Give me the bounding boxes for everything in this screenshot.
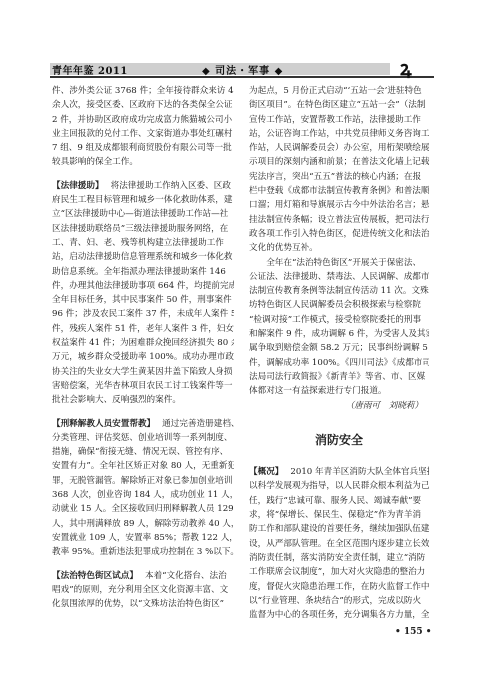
text-line: 以“行业管理、条块结合”的形式，完成以防火 bbox=[249, 594, 429, 608]
text-line: 区法律援助联络员”三级法律援助服务网络，在 bbox=[52, 222, 234, 236]
text-line: 法制宣传教育条例等法制宣传活动 11 次。文殊 bbox=[249, 284, 429, 298]
section-name: ◆ 司法・军事 ◆ bbox=[202, 62, 283, 77]
text-line: 余人次，接受区委、区政府下达的各类保全公证 bbox=[52, 98, 234, 112]
text-line: 96 件；涉及农民工案件 37 件，未成年人案件 51 bbox=[52, 307, 234, 321]
text-line: 权益案件 41 件；为困难群众挽回经济损失 80 余 bbox=[52, 336, 234, 350]
author-signature: （唐雨可 刘晓莉） bbox=[249, 399, 429, 413]
text-line: 公证法、法律援助、禁毒法、人民调解、成都市 bbox=[249, 270, 429, 284]
text-line: 体都对这一有益探索进行专门报道。 bbox=[249, 384, 429, 398]
text-line: 较具影响的保全工作。 bbox=[52, 155, 234, 169]
text-line: 【法治特色街区试点】 本着“文化搭台、法治 bbox=[52, 569, 234, 583]
text-line: 口溜；用灯箱和导旗展示古今中外法治名言；悬 bbox=[249, 198, 429, 212]
text-line: 防工作和部队建设的首要任务，继续加强队伍建 bbox=[249, 522, 429, 536]
text-line: 7 组、9 组及成都银利商贸股份有限公司等一批 bbox=[52, 141, 234, 155]
text-line: 安置就业 109 人，安置率 85%；帮教 122 人，帮 bbox=[52, 531, 234, 545]
book-title: 青年年鉴 2011 bbox=[52, 62, 128, 77]
text-line: 件、涉外类公证 3768 件；全年接待群众来访 40 bbox=[52, 84, 234, 98]
text-line: 全年在“法治特色街区”开展关于保密法、 bbox=[249, 256, 429, 270]
text-line: 害赔偿案，光华杏林项目农民工讨工钱案件等一 bbox=[52, 379, 234, 393]
text-line: 求，将“保增长、保民生、保稳定”作为青羊消 bbox=[249, 508, 429, 522]
text-line: 挂法制宣传条幅；设立普法宣传展板，把司法行 bbox=[249, 213, 429, 227]
text-line: 文化的优势互补。 bbox=[249, 241, 429, 255]
text-line: 监督为中心的各项任务，充分调集各方力量，全 bbox=[249, 608, 429, 622]
text-line: 件，调解成功率 100%。《四川司法》《成都市司 bbox=[249, 356, 429, 370]
text-line: 立“区法律援助中心—街道法律援助工作站—社 bbox=[52, 207, 234, 221]
text-line: 件，残疾人案件 51 件，老年人案件 3 件，妇女 bbox=[52, 322, 234, 336]
left-column: 件、涉外类公证 3768 件；全年接待群众来访 40余人次，接受区委、区政府下达… bbox=[52, 84, 234, 620]
text-line: 分类管理、评估奖惩、创业培训等一系列制度、 bbox=[52, 431, 234, 445]
text-line: 宣传工作站，安置帮教工作站，法律援助工作 bbox=[249, 113, 429, 127]
text-line: 【刑释解教人员安置帮教】 通过完善造册建档、 bbox=[52, 417, 234, 431]
intro-paragraph: 件、涉外类公证 3768 件；全年接待群众来访 40余人次，接受区委、区政府下达… bbox=[52, 84, 234, 170]
text-line: 2 件，并协助区政府成功完成富力熊猫城公司小 bbox=[52, 113, 234, 127]
text-line: 唱戏”的原则，充分利用全区文化资源丰富、文 bbox=[52, 583, 234, 597]
text-line: 法局司法行政简报》《新青羊》等省、市、区媒 bbox=[249, 370, 429, 384]
text-line: 属争取到赔偿金额 58.2 万元；民事纠纷调解 5 bbox=[249, 341, 429, 355]
running-header: 青年年鉴 2011 ◆ 司法・军事 ◆ ꝝ bbox=[50, 60, 430, 77]
rule-of-law-street-paragraph: 【法治特色街区试点】 本着“文化搭台、法治唱戏”的原则，充分利用全区文化资源丰富… bbox=[52, 569, 234, 612]
text-line: 站，启动法律援助信息管理系统和城乡一体化救 bbox=[52, 250, 234, 264]
text-line: 政各项工作引入特色街区，促进传统文化和法治 bbox=[249, 227, 429, 241]
text-line: 街区项目”。在特色街区建立“五站一会”（法制 bbox=[249, 98, 429, 112]
text-line: 化氛围浓厚的优势，以“文殊坊法治特色街区” bbox=[52, 597, 234, 611]
text-line: 府民生工程目标管理和城乡一体化救助体系，建 bbox=[52, 193, 234, 207]
section-title-fire-safety: 消防安全 bbox=[249, 433, 429, 447]
text-line: “检调对接”工作模式，接受检察院委托的刑事 bbox=[249, 313, 429, 327]
right-column: 为起点，5 月份正式启动“‘五站一会’进驻特色街区项目”。在特色街区建立“五站一… bbox=[249, 84, 429, 631]
text-line: 度，督促火灾隐患治理工作，在防火监督工作中 bbox=[249, 580, 429, 594]
text-line: 坊特色街区人民调解委员会积极探索与检察院 bbox=[249, 298, 429, 312]
text-line: 动就业 15 人。全区接收回归刑释解教人员 129 bbox=[52, 502, 234, 516]
text-line: 万元，城乡群众受援助率 100%。成功办理市政 bbox=[52, 350, 234, 364]
text-line: 教率 95%。重新违法犯罪成功控制在 3 %以下。 bbox=[52, 545, 234, 559]
text-line: 为起点，5 月份正式启动“‘五站一会’进驻特色 bbox=[249, 84, 429, 98]
text-line: 宪法序言，突出“五五”普法的核心内涵；在报 bbox=[249, 170, 429, 184]
section-tag: 【法律援助】 bbox=[52, 181, 99, 191]
text-line: 安置有力”。全年社区矫正对象 80 人，无重新犯 bbox=[52, 459, 234, 473]
text-line: 以科学发展观为指导，以人民群众根本利益为己 bbox=[249, 479, 429, 493]
text-line: 措施，确保“衔接无缝、情况无误、管控有序、 bbox=[52, 445, 234, 459]
text-line: 消防责任制，落实消防安全责任制，建立“消防 bbox=[249, 551, 429, 565]
text-line: 全年目标任务，其中民事案件 50 件，刑事案件 bbox=[52, 293, 234, 307]
text-line: 人，其中刑满释放 89 人，解除劳动教养 40 人， bbox=[52, 517, 234, 531]
activities-paragraph: 全年在“法治特色街区”开展关于保密法、公证法、法律援助、禁毒法、人民调解、成都市… bbox=[249, 256, 429, 399]
text-line: 站，公证咨询工作站，中共党员律师义务咨询工 bbox=[249, 127, 429, 141]
text-line: 业主回报款的兑付工作、文家街道办事处红碾村 bbox=[52, 127, 234, 141]
text-line: 罪，无脱管漏管。解除矫正对象已参加创业培训 bbox=[52, 474, 234, 488]
text-line: 和解案件 9 件，成功调解 6 件，为受害人及其家 bbox=[249, 327, 429, 341]
street-continued-paragraph: 为起点，5 月份正式启动“‘五站一会’进驻特色街区项目”。在特色街区建立“五站一… bbox=[249, 84, 429, 256]
text-line: 工作联席会议制度”，加大对火灾隐患的整治力 bbox=[249, 565, 429, 579]
page-number: • 155 • bbox=[395, 627, 432, 637]
text-line: 示项目的深刻内涵和前景；在普法文化墙上记载 bbox=[249, 155, 429, 169]
text-line: 设，从严部队管理。在全区范围内逐步建立长效 bbox=[249, 537, 429, 551]
text-line: 【概况】 2010 年青羊区消防大队全体官兵坚持 bbox=[249, 465, 429, 479]
text-line: 368 人次，创业咨询 184 人，成功创业 11 人，带 bbox=[52, 488, 234, 502]
released-prisoners-paragraph: 【刑释解教人员安置帮教】 通过完善造册建档、分类管理、评估奖惩、创业培训等一系列… bbox=[52, 417, 234, 560]
text-line: 作站，人民调解委员会）办公室，用桁架喷绘展 bbox=[249, 141, 429, 155]
text-line: 协关注的失业女大学生黄某因井盖下陷致人身损 bbox=[52, 365, 234, 379]
text-line: 任，践行“忠诚可靠、服务人民、竭诚奉献”要 bbox=[249, 494, 429, 508]
section-tag: 【概况】 bbox=[249, 467, 279, 477]
text-line: 助信息系统。全年指派办理法律援助案件 146 bbox=[52, 265, 234, 279]
swirl-logo-icon: ꝝ bbox=[400, 54, 412, 81]
text-line: 栏中登载《成都市法制宣传教育条例》和普法顺 bbox=[249, 184, 429, 198]
legal-aid-paragraph: 【法律援助】 将法律援助工作纳入区委、区政府民生工程目标管理和城乡一体化救助体系… bbox=[52, 179, 234, 408]
text-line: 件，办理其他法律援助事项 664 件，均提前完成 bbox=[52, 279, 234, 293]
section-tag: 【刑释解教人员安置帮教】 bbox=[52, 419, 151, 429]
section-tag: 【法治特色街区试点】 bbox=[52, 571, 134, 581]
fire-safety-overview-paragraph: 【概况】 2010 年青羊区消防大队全体官兵坚持以科学发展观为指导，以人民群众根… bbox=[249, 465, 429, 622]
text-line: 工、青、妇、老、残等机构建立法律援助工作 bbox=[52, 236, 234, 250]
text-line: 【法律援助】 将法律援助工作纳入区委、区政 bbox=[52, 179, 234, 193]
text-line: 批社会影响大、反响强烈的案件。 bbox=[52, 393, 234, 407]
